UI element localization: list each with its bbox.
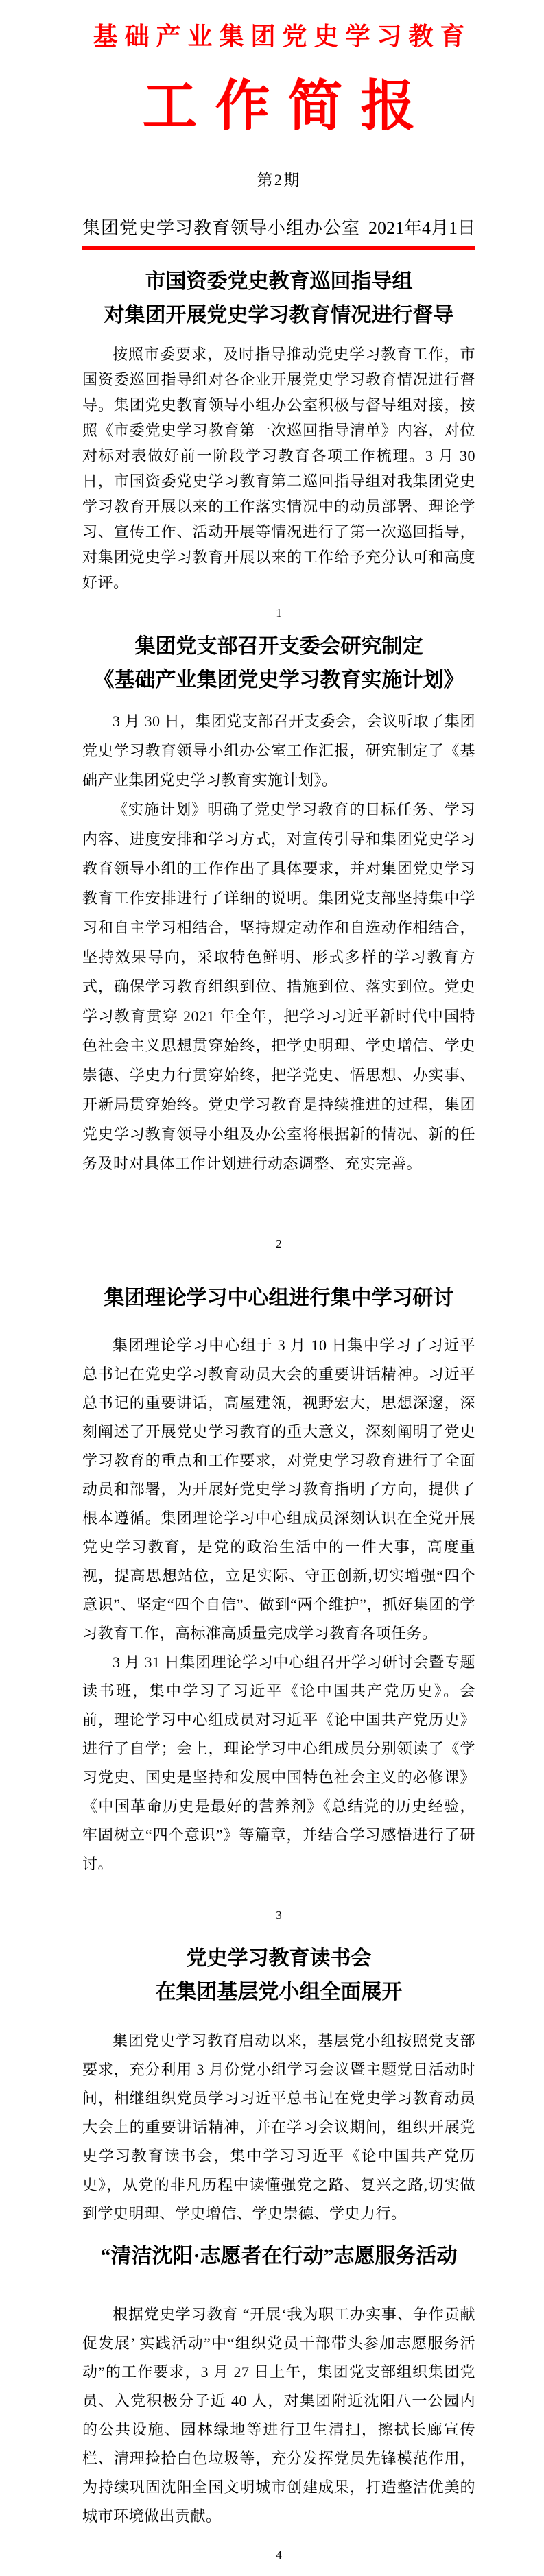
issuing-office: 集团党史学习教育领导小组办公室 bbox=[82, 217, 360, 240]
section-4-heading-line-1: 党史学习教育读书会 bbox=[82, 1942, 475, 1975]
page-number-4: 4 bbox=[82, 2549, 475, 2562]
section-1-paragraph-1: 按照市委要求，及时指导推动党史学习教育工作，市国资委巡回指导组对各企业开展党史学… bbox=[82, 342, 475, 595]
section-2-heading-line-1: 集团党支部召开支委会研究制定 bbox=[82, 630, 475, 663]
section-5-heading-line-1: “清洁沈阳·志愿者在行动”志愿服务活动 bbox=[82, 2239, 475, 2273]
masthead-title: 基础产业集团党史学习教育 bbox=[82, 21, 475, 52]
page-number-2: 2 bbox=[82, 1237, 475, 1251]
page-number-1: 1 bbox=[82, 606, 475, 620]
section-4-heading: 党史学习教育读书会 在集团基层党小组全面展开 bbox=[82, 1942, 475, 2009]
section-2-paragraph-2: 《实施计划》明确了党史学习教育的目标任务、学习内容、进度安排和学习方式，对宣传引… bbox=[82, 795, 475, 1178]
section-4-heading-line-2: 在集团基层党小组全面展开 bbox=[82, 1975, 475, 2009]
section-2-heading: 集团党支部召开支委会研究制定 《基础产业集团党史学习教育实施计划》 bbox=[82, 630, 475, 697]
section-3-paragraph-2: 3 月 31 日集团理论学习中心组召开学习研讨会暨专题读书班，集中学习了习近平《… bbox=[82, 1648, 475, 1879]
section-5-paragraph-1: 根据党史学习教育 “开展‘我为职工办实事、争作贡献促发展’ 实践活动”中“组织党… bbox=[82, 2300, 475, 2531]
issue-number: 第2期 bbox=[82, 170, 475, 191]
section-1-heading-line-2: 对集团开展党史学习教育情况进行督导 bbox=[82, 298, 475, 332]
section-4-paragraph-1: 集团党史学习教育启动以来，基层党小组按照党支部要求，充分利用 3 月份党小组学习… bbox=[82, 2027, 475, 2228]
page-number-3: 3 bbox=[82, 1909, 475, 1922]
section-2-paragraph-1: 3 月 30 日，集团党支部召开支委会，会议听取了集团党史学习教育领导小组办公室… bbox=[82, 706, 475, 795]
section-1-heading-line-1: 市国资委党史教育巡回指导组 bbox=[82, 265, 475, 298]
bulletin-page: 基础产业集团党史学习教育 工作简报 第2期 集团党史学习教育领导小组办公室 20… bbox=[0, 0, 544, 2576]
issue-date: 2021年4月1日 bbox=[368, 217, 475, 240]
red-divider-rule bbox=[82, 246, 475, 250]
section-3-paragraph-1: 集团理论学习中心组于 3 月 10 日集中学习了习近平总书记在党史学习教育动员大… bbox=[82, 1331, 475, 1648]
meta-row: 集团党史学习教育领导小组办公室 2021年4月1日 bbox=[82, 217, 475, 240]
section-2-heading-line-2: 《基础产业集团党史学习教育实施计划》 bbox=[82, 663, 475, 697]
section-3-heading-line-1: 集团理论学习中心组进行集中学习研讨 bbox=[82, 1281, 475, 1315]
section-1-heading: 市国资委党史教育巡回指导组 对集团开展党史学习教育情况进行督导 bbox=[82, 265, 475, 332]
section-3-heading: 集团理论学习中心组进行集中学习研讨 bbox=[82, 1281, 475, 1315]
section-5-heading: “清洁沈阳·志愿者在行动”志愿服务活动 bbox=[82, 2239, 475, 2273]
doc-title: 工作简报 bbox=[82, 77, 475, 137]
